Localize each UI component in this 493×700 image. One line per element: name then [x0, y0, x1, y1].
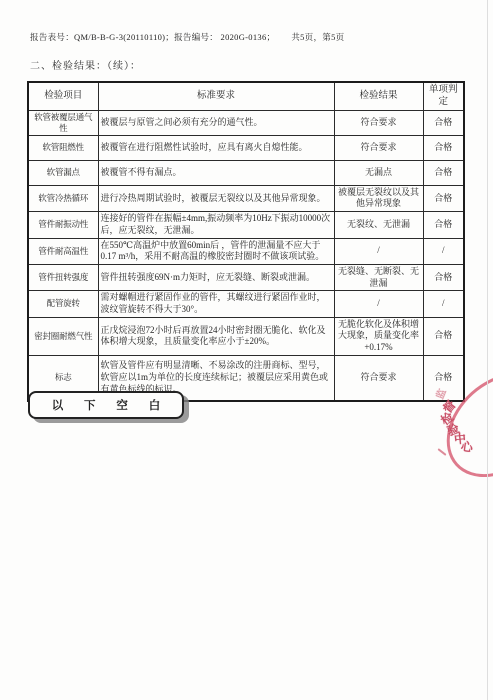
- table-row: 密封圈耐燃气性 正戊烷浸泡72小时后再放置24小时密封圈无脆化、软化及体积增大现…: [28, 317, 464, 355]
- cell-judgment: 合格: [423, 160, 464, 185]
- cell-item: 配管旋转: [28, 291, 98, 317]
- stamp-small-text-mark: [437, 448, 446, 456]
- inspection-results-table: 检验项目 标准要求 检验结果 单项判定 软管被覆层通气性 被覆层与原管之间必须有…: [27, 81, 465, 402]
- cell-item: 软管漏点: [28, 160, 98, 185]
- cell-judgment: 合格: [423, 185, 464, 211]
- table-row: 管件耐振动性 连接好的管件在振幅±4mm,振动频率为10Hz下振动10000次后…: [28, 212, 464, 238]
- section-title: 二、检验结果：（续）：: [30, 57, 141, 72]
- cell-item: 软管阻燃性: [28, 135, 98, 160]
- cell-result: /: [334, 291, 423, 317]
- cell-result: 符合要求: [334, 110, 423, 135]
- cell-item: 管件扭转强度: [28, 264, 98, 290]
- table-row: 软管阻燃性 被覆管在进行阻燃性试验时，应具有离火自熄性能。 符合要求 合格: [28, 135, 464, 160]
- table-row: 软管冷热循环 进行冷热周期试验时，被覆层无裂纹以及其他异常现象。 被覆层无裂纹以…: [28, 185, 464, 211]
- scanned-page-edge: [487, 0, 488, 700]
- report-meta-line: 报告表号：QM/B-B-G-3(20110110)； 报告编号： 2020G-0…: [30, 31, 470, 43]
- cell-judgment: /: [423, 238, 464, 264]
- table-row: 配管旋转 需对螺帽进行紧固作业的管件，其螺纹进行紧固作业时，波纹管旋转不得大于3…: [28, 291, 464, 317]
- cell-item: 软管被覆层通气性: [28, 110, 98, 135]
- cell-item: 软管冷热循环: [28, 185, 98, 211]
- blank-below-label: 以 下 空 白: [43, 397, 170, 413]
- cell-judgment: /: [423, 291, 464, 317]
- cell-result: /: [334, 238, 423, 264]
- stamp-character: 心: [460, 437, 474, 456]
- header-judgment: 单项判定: [423, 82, 464, 110]
- report-number: 报告编号： 2020G-0136；: [174, 31, 275, 43]
- page-count: 共5页，第5页: [291, 31, 344, 43]
- cell-result: 符合要求: [334, 355, 423, 401]
- cell-requirement: 正戊烷浸泡72小时后再放置24小时密封圈无脆化、软化及体积增大现象，且质量变化率…: [98, 317, 334, 355]
- cell-requirement: 被覆管不得有漏点。: [98, 160, 334, 185]
- cell-requirement: 需对螺帽进行紧固作业的管件，其螺纹进行紧固作业时，波纹管旋转不得大于30°。: [98, 291, 334, 317]
- cell-judgment: 合格: [423, 264, 464, 290]
- cell-requirement: 被覆管在进行阻燃性试验时，应具有离火自熄性能。: [98, 135, 334, 160]
- cell-result: 无裂缝、无断裂、无泄漏: [334, 264, 423, 290]
- header-item: 检验项目: [28, 82, 98, 110]
- cell-result: 符合要求: [334, 135, 423, 160]
- cell-result: 无脆化软化及体积增大现象，质量变化率 +0.17%: [334, 317, 423, 355]
- table-header-row: 检验项目 标准要求 检验结果 单项判定: [28, 82, 464, 110]
- table-row: 管件耐高温性 在550℃高温炉中放置60min后 ，管件的泄漏量不应大于0.17…: [28, 238, 464, 264]
- table-row: 软管漏点 被覆管不得有漏点。 无漏点 合格: [28, 160, 464, 185]
- cell-result: 无裂纹、无泄漏: [334, 212, 423, 238]
- cell-requirement: 在550℃高温炉中放置60min后 ，管件的泄漏量不应大于0.17 m³/h，采…: [98, 238, 334, 264]
- cell-item: 管件耐振动性: [28, 212, 98, 238]
- report-page: 报告表号：QM/B-B-G-3(20110110)； 报告编号： 2020G-0…: [0, 0, 493, 700]
- header-requirement: 标准要求: [98, 82, 334, 110]
- cell-result: 无漏点: [334, 160, 423, 185]
- cell-judgment: 合格: [423, 110, 464, 135]
- cell-requirement: 管件扭转强度69N·m力矩时，应无裂缝、断裂或泄漏。: [98, 264, 334, 290]
- cell-requirement: 被覆层与原管之间必须有充分的通气性。: [98, 110, 334, 135]
- cell-item: 管件耐高温性: [28, 238, 98, 264]
- table-row: 软管被覆层通气性 被覆层与原管之间必须有充分的通气性。 符合要求 合格: [28, 110, 464, 135]
- cell-judgment: 合格: [423, 317, 464, 355]
- cell-judgment: 合格: [423, 135, 464, 160]
- report-form-number: 报告表号：QM/B-B-G-3(20110110)；: [30, 31, 174, 43]
- cell-requirement: 进行冷热周期试验时，被覆层无裂纹以及其他异常现象。: [98, 185, 334, 211]
- cell-result: 被覆层无裂纹以及其他异常现象: [334, 185, 423, 211]
- cell-item: 密封圈耐燃气性: [28, 317, 98, 355]
- cell-judgment: 合格: [423, 212, 464, 238]
- blank-below-box: 以 下 空 白: [28, 391, 184, 419]
- table-row: 管件扭转强度 管件扭转强度69N·m力矩时，应无裂缝、断裂或泄漏。 无裂缝、无断…: [28, 264, 464, 290]
- header-result: 检验结果: [334, 82, 423, 110]
- cell-requirement: 连接好的管件在振幅±4mm,振动频率为10Hz下振动10000次后，应无裂纹，无…: [98, 212, 334, 238]
